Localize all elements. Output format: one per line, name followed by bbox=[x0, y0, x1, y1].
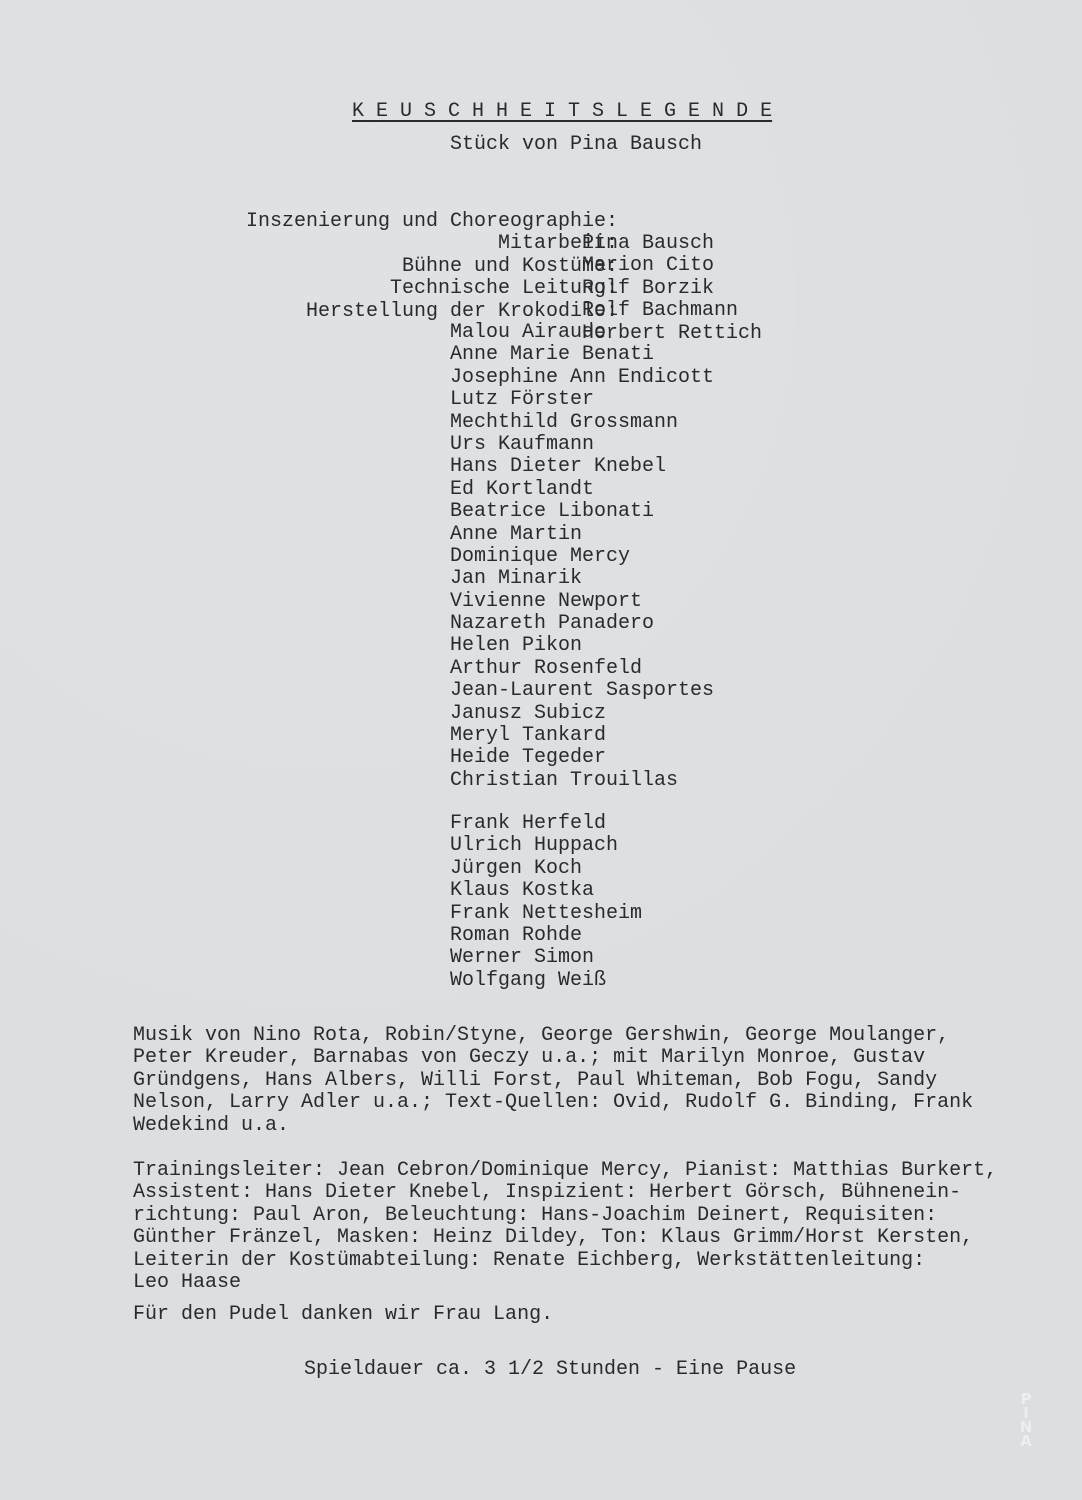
cast-member: Frank Herfeld bbox=[450, 813, 642, 835]
cast-member: Nazareth Panadero bbox=[450, 613, 714, 635]
cast-member: Wolfgang Weiß bbox=[450, 970, 642, 992]
credit-row: Mitarbeit: Marion Cito bbox=[0, 211, 48, 233]
credit-role: Inszenierung und Choreographie: bbox=[246, 211, 618, 233]
cast-member: Helen Pikon bbox=[450, 635, 714, 657]
credit-role: Mitarbeit: bbox=[498, 233, 618, 255]
cast-member: Anne Marie Benati bbox=[450, 344, 714, 366]
cast-member: Heide Tegeder bbox=[450, 747, 714, 769]
cast-member: Janusz Subicz bbox=[450, 703, 714, 725]
cast-member: Roman Rohde bbox=[450, 925, 642, 947]
cast-member: Arthur Rosenfeld bbox=[450, 658, 714, 680]
cast-member: Dominique Mercy bbox=[450, 546, 714, 568]
cast-member: Ulrich Huppach bbox=[450, 835, 642, 857]
credit-role: Technische Leitung: bbox=[390, 278, 618, 300]
credit-row: Inszenierung und Choreographie: Pina Bau… bbox=[0, 189, 48, 211]
music-credits-paragraph: Musik von Nino Rota, Robin/Styne, George… bbox=[133, 1025, 1013, 1137]
cast-member: Beatrice Libonati bbox=[450, 501, 714, 523]
duration-note: Spieldauer ca. 3 1/2 Stunden - Eine Paus… bbox=[304, 1359, 796, 1381]
additional-cast-list: Frank HerfeldUlrich HuppachJürgen KochKl… bbox=[450, 813, 642, 992]
cast-member: Malou Airaudo bbox=[450, 322, 714, 344]
cast-member: Frank Nettesheim bbox=[450, 903, 642, 925]
credit-role: Bühne und Kostüme: bbox=[402, 256, 618, 278]
cast-member: Lutz Förster bbox=[450, 389, 714, 411]
cast-member: Christian Trouillas bbox=[450, 770, 714, 792]
credit-row: Herstellung der Krokodile: Herbert Retti… bbox=[0, 279, 48, 301]
cast-member: Josephine Ann Endicott bbox=[450, 367, 714, 389]
dancer-list: Malou AiraudoAnne Marie BenatiJosephine … bbox=[450, 322, 714, 792]
cast-member: Werner Simon bbox=[450, 947, 642, 969]
document-title: K E U S C H H E I T S L E G E N D E bbox=[352, 101, 772, 123]
credit-row: Bühne und Kostüme: Rolf Borzik bbox=[0, 234, 48, 256]
staff-credits-paragraph: Trainingsleiter: Jean Cebron/Dominique M… bbox=[133, 1160, 1013, 1294]
cast-member: Klaus Kostka bbox=[450, 880, 642, 902]
watermark-letter: A bbox=[1020, 1434, 1032, 1448]
cast-member: Jürgen Koch bbox=[450, 858, 642, 880]
cast-member: Meryl Tankard bbox=[450, 725, 714, 747]
cast-member: Anne Martin bbox=[450, 524, 714, 546]
credit-role: Herstellung der Krokodile: bbox=[306, 301, 618, 323]
pina-logo-watermark: PINA bbox=[1017, 1392, 1035, 1448]
cast-member: Mechthild Grossmann bbox=[450, 412, 714, 434]
cast-member: Ed Kortlandt bbox=[450, 479, 714, 501]
cast-member: Hans Dieter Knebel bbox=[450, 456, 714, 478]
cast-member: Vivienne Newport bbox=[450, 591, 714, 613]
thanks-note: Für den Pudel danken wir Frau Lang. bbox=[133, 1304, 1013, 1326]
cast-member: Urs Kaufmann bbox=[450, 434, 714, 456]
credit-row: Technische Leitung: Rolf Bachmann bbox=[0, 256, 48, 278]
document-subtitle: Stück von Pina Bausch bbox=[450, 134, 702, 156]
cast-member: Jan Minarik bbox=[450, 568, 714, 590]
cast-member: Jean-Laurent Sasportes bbox=[450, 680, 714, 702]
